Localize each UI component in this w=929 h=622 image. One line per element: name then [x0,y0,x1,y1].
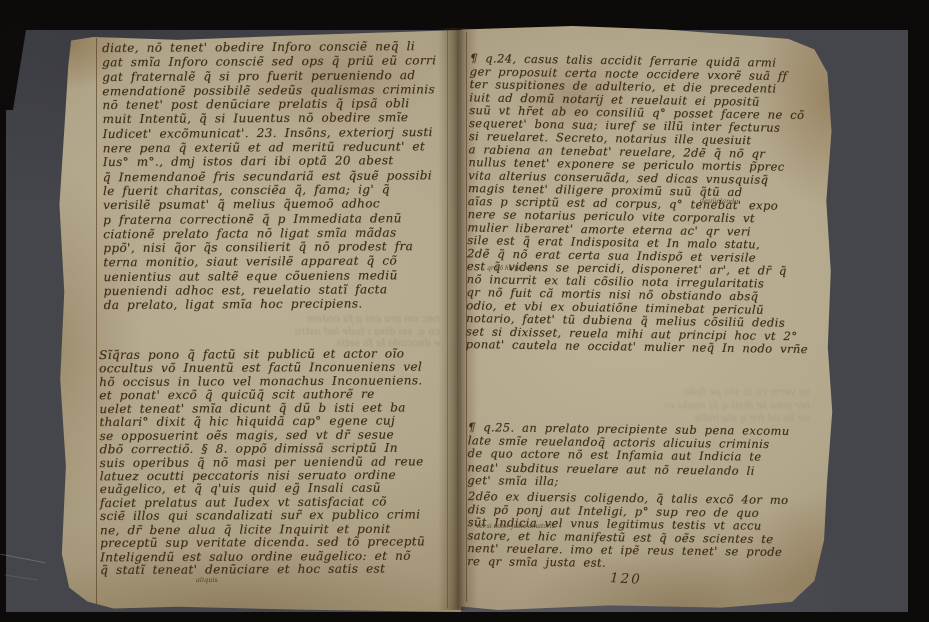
manuscript-line: gat fraternalẽ q̃ si pro fuerit peruenie… [102,67,454,83]
right-paragraph-q24: ¶ q.24, casus talis accidit ferrarie qui… [466,52,822,356]
manuscript-line: muit Intentũ, q̃ si Iuuentus nō obedire … [102,110,454,126]
interlinear-note-1: deuũclando [700,197,738,206]
interlinear-note-2: qr nõ ha põ luce [487,265,536,272]
manuscript-line: terna monitio, siaut verisilẽ appareat q… [103,254,455,270]
right-paragraph-q25: ¶ q.25. an prelato precipiente sub pena … [467,421,818,491]
right-paragraph-q25-secundo: 2dẽo ex diuersis coligendo, q̃ talis exc… [467,490,818,573]
manuscript-line: et ponat' excõ q̃ quicũq̃ scit authorẽ r… [99,388,455,403]
left-showthrough-text: nec sm ora eni p fa codemco q. sei dixa … [110,314,440,350]
left-paragraph-2: Sĩq̃ras pono q̃ factũ sit publicũ et act… [99,347,456,577]
right-showthrough-text: sa verm co ia sta pe ludeter oma se dist… [500,386,810,425]
manuscript-line: sa verm co ia sta pe lude [500,386,810,399]
manuscript-line: emendationẽ possibilẽ sedeũs qualismas c… [102,82,454,98]
manuscript-line: p fraterna correctionẽ q̃ p Immediata de… [103,210,455,226]
manuscript-line: faciet prelatus aut Iudex vt satisfaciat… [100,495,456,510]
manuscript-line: Inteligendũ est saluo ordine euãgelico: … [100,549,456,564]
manuscript-line: q̃ Inemendanoẽ fris secundariã est q̃suẽ… [103,168,455,184]
manuscript-line: verisilẽ psumat' q̃ melius q̃uemoõ adhoc [103,196,455,212]
manuscript-line: co q. sei dixa i lude lad astra [110,326,440,338]
interlinear-note-3: vel si dolor justa amatoris [476,523,555,530]
manuscript-line: nec sm ora eni p fa codem [110,314,440,326]
manuscript-line: pueniendi adhoc est, reuelatio statĩ fac… [103,282,455,298]
interlinear-note-aliquis: aliquis [196,576,218,584]
binding-crease [457,30,458,608]
manuscript-line: thalari° dixit q̃ hic hiquidã cap° egene… [99,414,455,429]
left-paragraph-1: diate, nō tenet' obedire Inforo consciẽ … [102,39,456,313]
manuscript-line: da prelato, ligat smĩa hoc precipiens. [104,296,456,312]
manuscript-line: Ius° m°., dmj istos dari ibi optã 20 abe… [103,153,455,169]
manuscript-line: ter oma se disti q fa moda er [500,399,810,412]
left-margin-rule [96,38,97,604]
manuscript-line: latuez ocutti peccatoris nisi seruato or… [100,468,456,483]
page-number: 120 [610,570,643,588]
manuscript-photo: diate, nō tenet' obedire Inforo consciẽ … [0,0,929,622]
